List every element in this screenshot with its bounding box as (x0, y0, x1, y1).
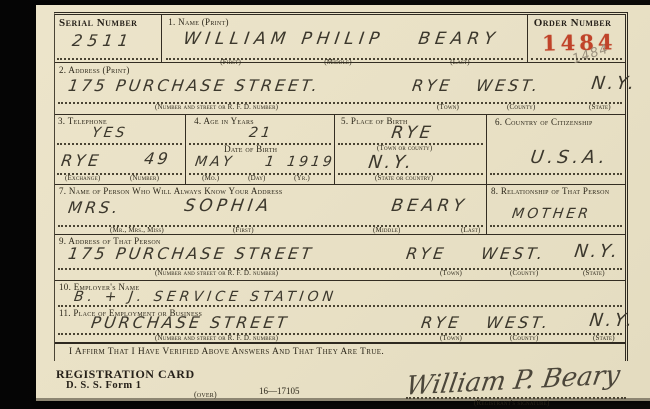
name-label: 1. Name (Print) (168, 17, 229, 27)
signature-sublabel: (Registrant's signature) (474, 399, 549, 407)
employment-town-sublabel: (Town) (440, 334, 462, 342)
registration-card: Serial Number 2511 1. Name (Print) WILLI… (36, 5, 650, 401)
contact-address-street-value: 175 PURCHASE STREET (67, 244, 315, 263)
contact-title-sublabel: (Mr., Mrs., Miss) (110, 226, 164, 234)
contact-person-label: 7. Name of Person Who Will Always Know Y… (59, 186, 282, 196)
relationship-write-line (490, 225, 622, 227)
address-town-sublabel: (Town) (437, 103, 459, 111)
order-number-cell: Order Number 1484 1484 (528, 15, 625, 62)
contact-address-cell: 9. Address of That Person 175 PURCHASE S… (55, 235, 625, 280)
employer-cell: 10. Employer's Name B. + J. SERVICE STAT… (55, 281, 625, 308)
scanned-document-background: Serial Number 2511 1. Name (Print) WILLI… (0, 0, 650, 409)
address-write-line (58, 102, 622, 104)
date-of-birth-label: Date of Birth (224, 144, 277, 154)
citizenship-value: U.S.A. (529, 147, 610, 168)
telephone-value: YES (91, 125, 129, 141)
citizenship-cell: 6. Country of Citizenship U.S.A. (487, 115, 625, 184)
contact-address-county-sublabel: (County) (510, 269, 538, 277)
employment-state-value: N.Y. (588, 310, 637, 331)
dob-month-sublabel: (Mo.) (202, 174, 219, 182)
contact-address-town-sublabel: (Town) (440, 269, 462, 277)
employment-town-value: RYE (420, 313, 463, 332)
dob-day-value: 1 (264, 154, 278, 170)
row-address: 2. Address (Print) 175 PURCHASE STREET. … (55, 63, 625, 115)
place-of-birth-cell: 5. Place of Birth RYE (Town or county) N… (335, 115, 487, 184)
order-write-line (531, 58, 622, 60)
age-cell: 4. Age in Years 21 Date of Birth MAY 1 1… (186, 115, 335, 184)
dob-year-sublabel: (Yr.) (294, 174, 310, 182)
address-state-value: N.Y. (590, 73, 639, 94)
contact-first-sublabel: (First) (233, 226, 254, 234)
contact-address-state-value: N.Y. (573, 241, 622, 262)
address-state-sublabel: (State) (589, 103, 611, 111)
address-county-sublabel: (County) (507, 103, 535, 111)
row-contact-address: 9. Address of That Person 175 PURCHASE S… (55, 235, 625, 281)
contact-first-value: SOPHIA (183, 196, 274, 216)
address-street-value: 175 PURCHASE STREET. (67, 76, 321, 95)
employment-state-sublabel: (State) (593, 334, 615, 342)
dob-year-value: 1919 (286, 154, 336, 170)
row-serial-name-order: Serial Number 2511 1. Name (Print) WILLI… (55, 15, 625, 63)
address-county-value: WEST. (475, 76, 542, 95)
relationship-value: MOTHER (511, 206, 592, 222)
name-cell: 1. Name (Print) WILLIAM PHILIP BEARY (Fi… (162, 15, 527, 62)
contact-person-cell: 7. Name of Person Who Will Always Know Y… (55, 185, 487, 234)
telephone-number-sublabel: (Number) (130, 174, 159, 182)
relationship-cell: 8. Relationship of That Person MOTHER (487, 185, 625, 234)
citizenship-write-line (490, 173, 622, 175)
telephone-exchange-sublabel: (Exchange) (65, 174, 100, 182)
affirmation-statement: I Affirm That I Have Verified Above Answ… (69, 347, 384, 357)
row-employer: 10. Employer's Name B. + J. SERVICE STAT… (55, 281, 625, 308)
age-value: 21 (248, 125, 274, 141)
name-first-value: WILLIAM (182, 29, 292, 49)
address-street-sublabel: (Number and street or R. F. D. number) (155, 103, 278, 111)
age-label: 4. Age in Years (194, 116, 254, 126)
address-cell: 2. Address (Print) 175 PURCHASE STREET. … (55, 63, 625, 114)
dob-month-value: MAY (194, 154, 235, 170)
order-number-label: Order Number (534, 17, 612, 29)
row-contact-relationship: 7. Name of Person Who Will Always Know Y… (55, 185, 625, 235)
name-middle-value: PHILIP (300, 29, 386, 49)
name-last-value: BEARY (417, 29, 501, 49)
print-code: 16—17105 (259, 386, 300, 396)
over-note: (over) (194, 390, 217, 399)
serial-number-cell: Serial Number 2511 (55, 15, 162, 62)
address-label: 2. Address (Print) (59, 65, 130, 75)
telephone-number-value: 49 (143, 149, 172, 168)
contact-address-street-sublabel: (Number and street or R. F. D. number) (155, 269, 278, 277)
telephone-exchange-value: RYE (60, 151, 103, 170)
form-grid: Serial Number 2511 1. Name (Print) WILLI… (54, 12, 628, 361)
employment-county-sublabel: (County) (510, 334, 538, 342)
serial-number-label: Serial Number (59, 17, 137, 29)
contact-middle-sublabel: (Middle) (373, 226, 400, 234)
telephone-cell: 3. Telephone YES RYE 49 (Exchange) (Numb… (55, 115, 186, 184)
row-affirmation: I Affirm That I Have Verified Above Answ… (55, 344, 625, 361)
employment-street-value: PURCHASE STREET (90, 313, 291, 332)
row-telephone-age-birth-citizenship: 3. Telephone YES RYE 49 (Exchange) (Numb… (55, 115, 625, 185)
employer-value: B. + J. SERVICE STATION (73, 289, 338, 305)
dob-day-sublabel: (Day) (248, 174, 265, 182)
serial-number-value: 2511 (71, 31, 134, 50)
employment-place-cell: 11. Place of Employment or Business PURC… (55, 308, 625, 342)
employment-street-sublabel: (Number and street or R. F. D. number) (155, 334, 278, 342)
form-number: D. S. S. Form 1 (66, 380, 141, 391)
registrant-signature: William P. Beary (404, 360, 622, 401)
employment-county-value: WEST. (485, 313, 552, 332)
contact-address-town-value: RYE (405, 244, 448, 263)
birth-town-value: RYE (390, 123, 435, 143)
citizenship-label: 6. Country of Citizenship (495, 117, 600, 127)
contact-last-value: BEARY (390, 196, 469, 216)
contact-title-value: MRS. (67, 198, 122, 217)
telephone-line-1 (57, 143, 182, 145)
employer-write-line (58, 305, 622, 307)
row-employment-place: 11. Place of Employment or Business PURC… (55, 308, 625, 344)
contact-address-state-sublabel: (State) (583, 269, 605, 277)
contact-address-county-value: WEST. (480, 244, 547, 263)
relationship-label: 8. Relationship of That Person (491, 186, 616, 196)
birth-state-value: N.Y. (367, 152, 416, 173)
card-footer: REGISTRATION CARD D. S. S. Form 1 (over)… (54, 364, 628, 400)
birth-state-sublabel: (State or country) (375, 174, 433, 182)
address-town-value: RYE (411, 76, 454, 95)
birth-town-sublabel: (Town or county) (377, 144, 432, 152)
contact-last-sublabel: (Last) (461, 226, 481, 234)
serial-write-line (57, 58, 158, 60)
